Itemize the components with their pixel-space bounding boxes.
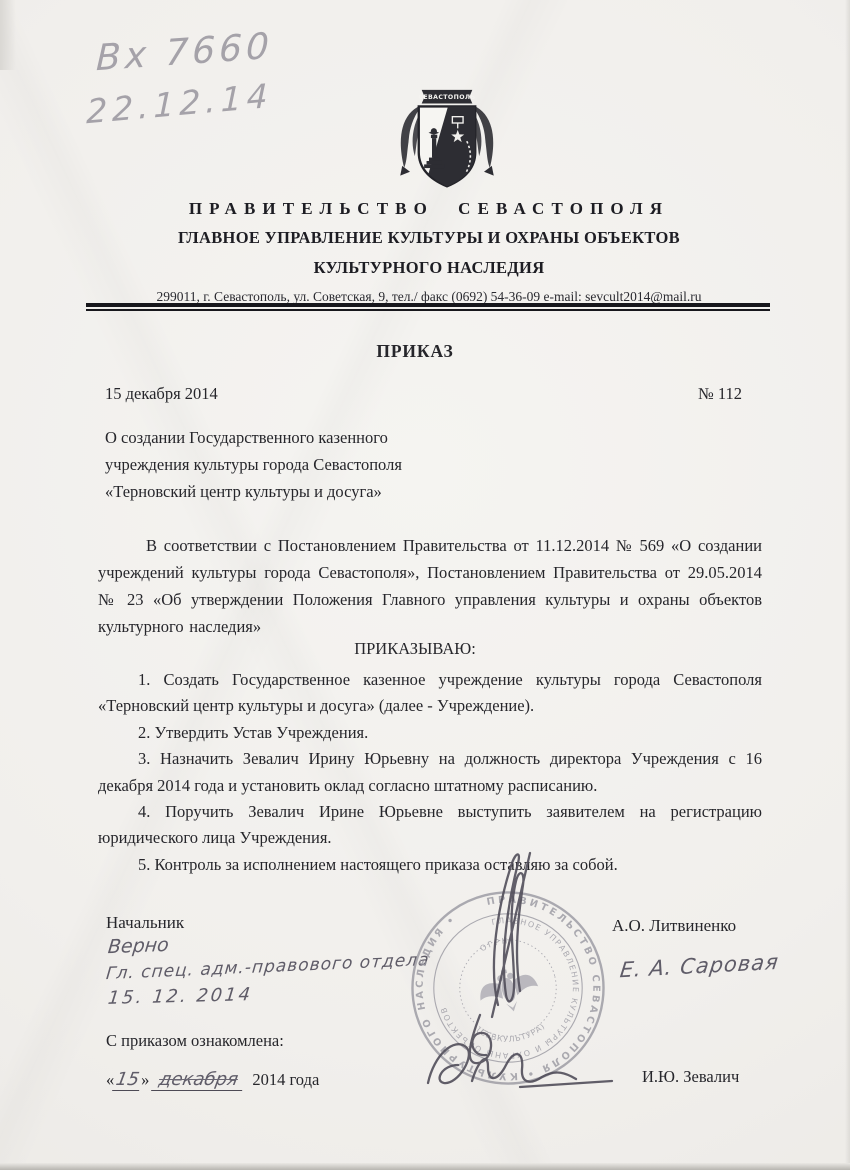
sevastopol-coat-of-arms-icon: СЕВАСТОПОЛЬ (388, 86, 506, 198)
order-item: 1. Создать Государственное казенное учре… (98, 667, 762, 720)
org-name-line2: ГЛАВНОЕ УПРАВЛЕНИЕ КУЛЬТУРЫ И ОХРАНЫ ОБЪ… (90, 228, 768, 248)
shield (419, 106, 475, 186)
order-item: 3. Назначить Зевалич Ирину Юрьевну на до… (98, 746, 762, 799)
document-number: № 112 (698, 384, 742, 404)
acknowledgement-date-line: «15»декабря 2014 года (106, 1069, 319, 1091)
scan-corner-shade (0, 0, 16, 70)
head-signature-loop (470, 1015, 491, 1063)
header-separator (86, 303, 770, 311)
name-banner: СЕВАСТОПОЛЬ (418, 90, 475, 104)
banner-label: СЕВАСТОПОЛЬ (418, 94, 475, 101)
document-subject: О создании Государственного казенного уч… (105, 424, 402, 505)
ack-day-handwritten: 15 (112, 1069, 143, 1091)
scan-bottom-edge (0, 1163, 850, 1170)
acknowledger-name: И.Ю. Зевалич (642, 1067, 739, 1087)
ack-year-text: 2014 года (252, 1070, 319, 1089)
acknowledgement-label: С приказом ознакомлена: (106, 1031, 284, 1051)
registration-note-date: 22.12.14 (86, 76, 273, 132)
order-word: ПРИКАЗЫВАЮ: (0, 639, 830, 659)
head-signature-scribble (492, 853, 530, 1017)
subject-line: О создании Государственного казенного (105, 424, 402, 451)
preamble-paragraph: В соответствии с Постановлением Правител… (98, 532, 762, 640)
org-name-line3: КУЛЬТУРНОГО НАСЛЕДИЯ (90, 258, 768, 278)
close-quote: » (141, 1070, 149, 1089)
order-item: 2. Утвердить Устав Учреждения. (98, 720, 762, 746)
subject-line: учреждения культуры города Севастополя (105, 451, 402, 478)
document-title: ПРИКАЗ (0, 341, 830, 362)
document-meta-row: 15 декабря 2014 № 112 (105, 384, 742, 404)
ack-signature-scribble (428, 1044, 612, 1087)
handwritten-verno: Верно (107, 934, 170, 958)
subject-line: «Терновский центр культуры и досуга» (105, 478, 402, 505)
registration-note-number: Вх 7660 (95, 26, 273, 80)
signature-scribbles (380, 845, 660, 1115)
scanned-order-document: Вх 7660 22.12.14 СЕВАСТОПОЛЬ (0, 0, 850, 1170)
signer-position: Начальник (106, 913, 184, 933)
order-item: 4. Поручить Зевалич Ирине Юрьевне выступ… (98, 799, 762, 852)
document-date: 15 декабря 2014 (105, 384, 218, 404)
letterhead: ПРАВИТЕЛЬСТВО СЕВАСТОПОЛЯ ГЛАВНОЕ УПРАВЛ… (90, 199, 768, 305)
scan-right-edge (845, 0, 850, 1170)
handwritten-verify-date: 15. 12. 2014 (107, 984, 254, 1009)
ack-month-handwritten: декабря (151, 1069, 246, 1091)
org-name-line1: ПРАВИТЕЛЬСТВО СЕВАСТОПОЛЯ (90, 199, 768, 219)
